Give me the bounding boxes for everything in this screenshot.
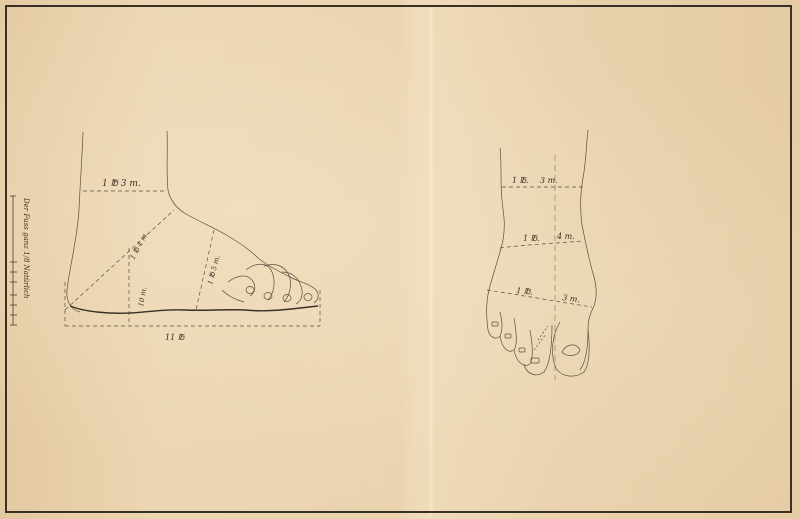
big-toe-nail: [562, 345, 580, 356]
side-view-foot: [67, 131, 318, 313]
toe-hatching: [534, 334, 546, 350]
instep-diagonal-label: 1 ℔ 4 m.: [129, 231, 150, 261]
toenail: [246, 287, 254, 294]
foot-right-outline: [580, 130, 596, 370]
small-toe-outline: [514, 330, 532, 365]
toenail: [492, 322, 498, 326]
toe-outline: [246, 264, 274, 300]
toe-hatching: [538, 326, 548, 340]
diagonal-instep-line: [65, 210, 174, 310]
toenail: [304, 294, 312, 301]
length-measure-label: 11 ℔: [165, 333, 185, 342]
top-ankle-label-right: 3 m.: [540, 176, 558, 185]
heel-height-label: 10 m.: [137, 286, 148, 307]
heel-outline: [67, 132, 83, 312]
toenail: [531, 358, 539, 363]
side-view-measure-lines: [65, 191, 320, 326]
top-ball-label-left: 1 ℔.: [516, 286, 534, 297]
top-instep-label-right: 4 m.: [556, 232, 575, 241]
toenail: [519, 348, 525, 352]
margin-scale-bar: Der Fuss ganz 1/8 Natürlich: [10, 196, 30, 325]
toe-crease: [222, 290, 244, 302]
ball-measure-label: 1 ℔ 5 m.: [206, 254, 222, 285]
top-view-foot: [487, 130, 597, 376]
sole-outline: [70, 306, 318, 313]
foot-left-outline: [487, 148, 505, 330]
top-instep-measure-line: [500, 241, 583, 248]
small-toe-outline: [500, 318, 516, 351]
margin-note-text: Der Fuss ganz 1/8 Natürlich: [22, 197, 30, 299]
big-toe-outline: [553, 322, 590, 376]
toe-outline: [282, 272, 302, 304]
ankle-measure-label: 1 ℔ 3 m.: [102, 179, 141, 189]
second-toe-outline: [524, 325, 552, 375]
toenail: [505, 334, 511, 338]
top-instep-label-left: 1 ℔.: [523, 234, 540, 243]
top-ankle-label-left: 1 ℔.: [512, 176, 529, 185]
small-toe-outline: [488, 312, 502, 338]
foot-drawing-canvas: Der Fuss ganz 1/8 Natürlich 1 ℔ 3 m. 1 ℔…: [0, 0, 800, 519]
toe-outline: [228, 276, 255, 296]
top-view-measure-lines: [487, 155, 592, 380]
